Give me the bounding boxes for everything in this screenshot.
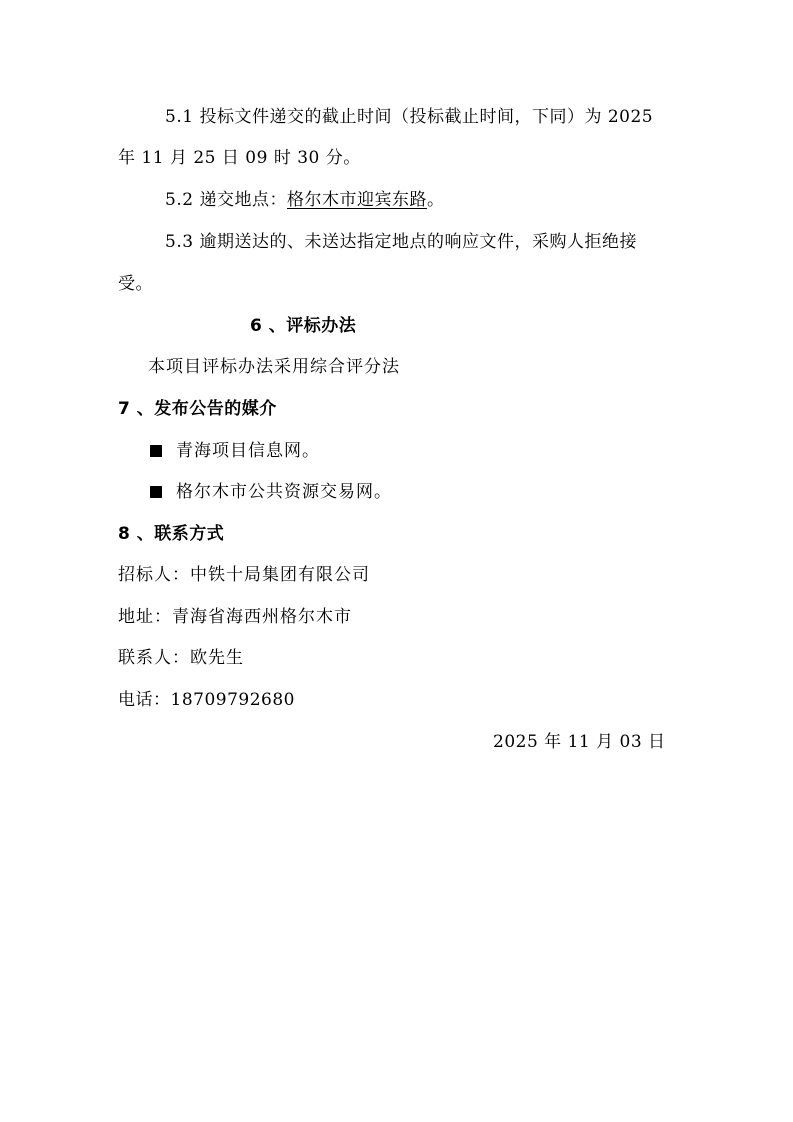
submission-location: 5.2 递交地点：格尔木市迎宾东路。 bbox=[165, 190, 444, 210]
deadline-line-1: 5.1 投标文件递交的截止时间（投标截止时间，下同）为 2025 bbox=[165, 107, 653, 127]
section-7-heading: 7 、发布公告的媒介 bbox=[118, 399, 277, 419]
evaluation-method: 本项目评标办法采用综合评分法 bbox=[148, 357, 400, 377]
contact-person: 联系人：欧先生 bbox=[118, 648, 244, 668]
phone: 电话：18709792680 bbox=[118, 690, 295, 710]
location-suffix: 。 bbox=[427, 190, 445, 210]
square-bullet-icon bbox=[150, 486, 162, 498]
media-item-label: 格尔木市公共资源交易网。 bbox=[176, 482, 392, 502]
address: 地址：青海省海西州格尔木市 bbox=[118, 607, 352, 627]
late-submission-line-1: 5.3 逾期送达的、未送达指定地点的响应文件，采购人拒绝接 bbox=[165, 232, 637, 252]
late-submission-line-2: 受。 bbox=[118, 274, 153, 294]
document-date: 2025 年 11 月 03 日 bbox=[493, 732, 666, 752]
location-label: 5.2 递交地点： bbox=[165, 190, 287, 210]
deadline-line-2: 年 11 月 25 日 09 时 30 分。 bbox=[118, 148, 361, 168]
location-value: 格尔木市迎宾东路 bbox=[287, 190, 427, 210]
media-item-label: 青海项目信息网。 bbox=[176, 441, 320, 461]
section-6-heading: 6 、评标办法 bbox=[250, 316, 356, 336]
media-item: 青海项目信息网。 bbox=[150, 441, 320, 461]
tenderer: 招标人：中铁十局集团有限公司 bbox=[118, 565, 370, 585]
square-bullet-icon bbox=[150, 445, 162, 457]
media-item: 格尔木市公共资源交易网。 bbox=[150, 482, 392, 502]
section-8-heading: 8 、联系方式 bbox=[118, 524, 224, 544]
document-page: 5.1 投标文件递交的截止时间（投标截止时间，下同）为 2025 年 11 月 … bbox=[0, 0, 793, 1122]
